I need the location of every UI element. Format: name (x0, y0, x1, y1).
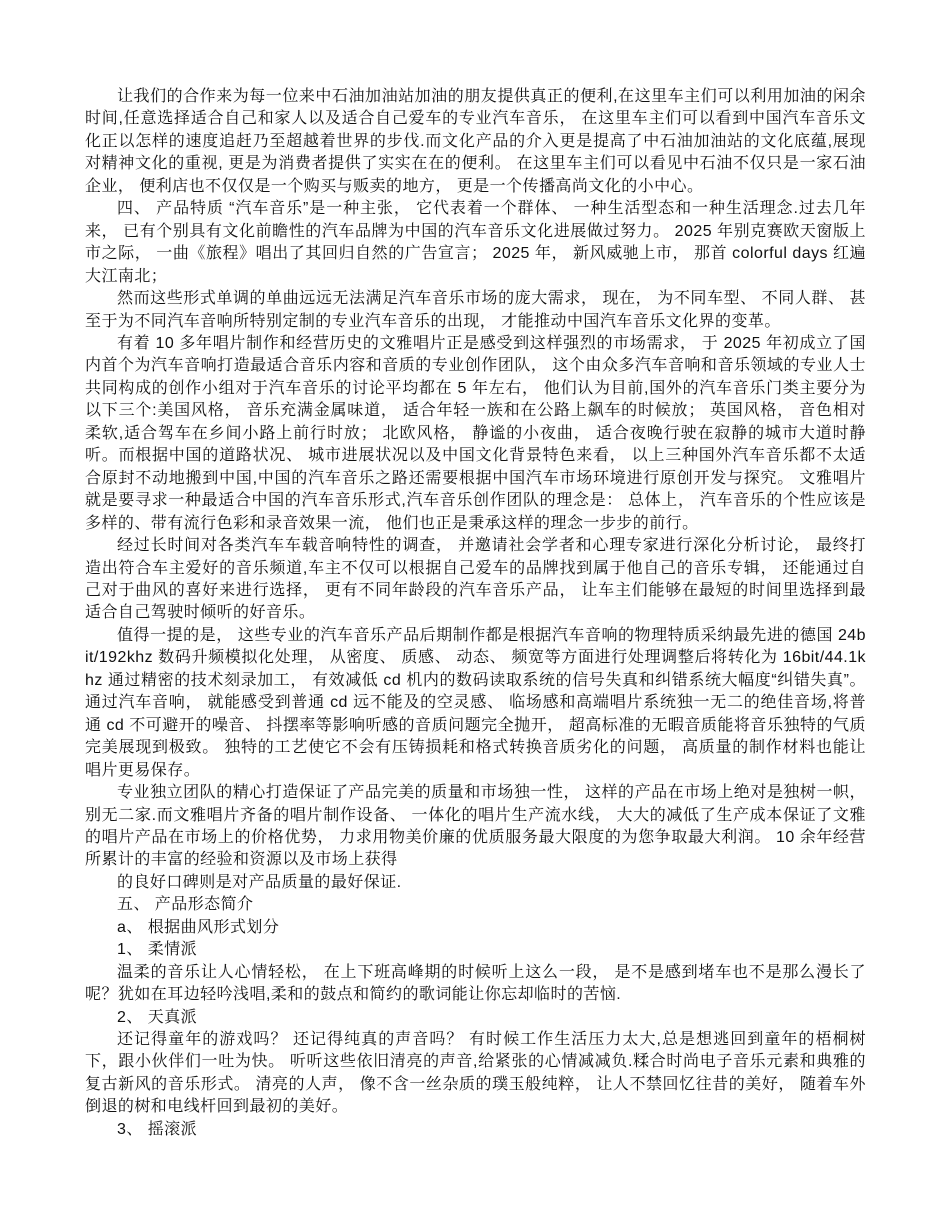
paragraph-team-cost-advantage: 专业独立团队的精心打造保证了产品完美的质量和市场独一性， 这样的产品在市场上绝对… (85, 782, 866, 872)
paragraph-style-innocent-description: 还记得童年的游戏吗？ 还记得纯真的声音吗？ 有时候工作生活压力太大,总是想逃回到… (85, 1029, 866, 1119)
heading-style-innocent: 2、 天真派 (85, 1007, 866, 1029)
paragraph-wenya-creation-team: 有着 10 多年唱片制作和经营历史的文雅唱片正是感受到这样强烈的市场需求， 于 … (85, 333, 866, 535)
paragraph-petrochina-cooperation: 让我们的合作来为每一位来中石油加油站加油的朋友提供真正的便利,在这里车主们可以利… (85, 86, 866, 198)
paragraph-style-soft-description: 温柔的音乐让人心情轻松， 在上下班高峰期的时候听上这么一段， 是不是感到堵车也不… (85, 962, 866, 1007)
document-page: 让我们的合作来为每一位来中石油加油站加油的朋友提供真正的便利,在这里车主们可以利… (0, 0, 950, 1230)
heading-style-soft: 1、 柔情派 (85, 939, 866, 961)
document-body: 让我们的合作来为每一位来中石油加油站加油的朋友提供真正的便利,在这里车主们可以利… (85, 86, 866, 1141)
heading-section5-product-forms: 五、 产品形态简介 (85, 894, 866, 916)
heading-genre-division: a、 根据曲风形式划分 (85, 917, 866, 939)
paragraph-reputation-guarantee: 的良好口碑则是对产品质量的最好保证. (85, 872, 866, 894)
paragraph-music-channel-research: 经过长时间对各类汽车车载音响特性的调查， 并邀请社会学者和心理专家进行深化分析讨… (85, 535, 866, 625)
paragraph-market-demand: 然而这些形式单调的单曲远远无法满足汽车音乐市场的庞大需求， 现在， 为不同车型、… (85, 288, 866, 333)
paragraph-section4-product-trait: 四、 产品特质 “汽车音乐”是一种主张， 它代表着一个群体、 一种生活型态和一种… (85, 198, 866, 288)
paragraph-production-technology: 值得一提的是， 这些专业的汽车音乐产品后期制作都是根据汽车音响的物理特质采纳最先… (85, 625, 866, 782)
heading-style-rock: 3、 摇滚派 (85, 1119, 866, 1141)
